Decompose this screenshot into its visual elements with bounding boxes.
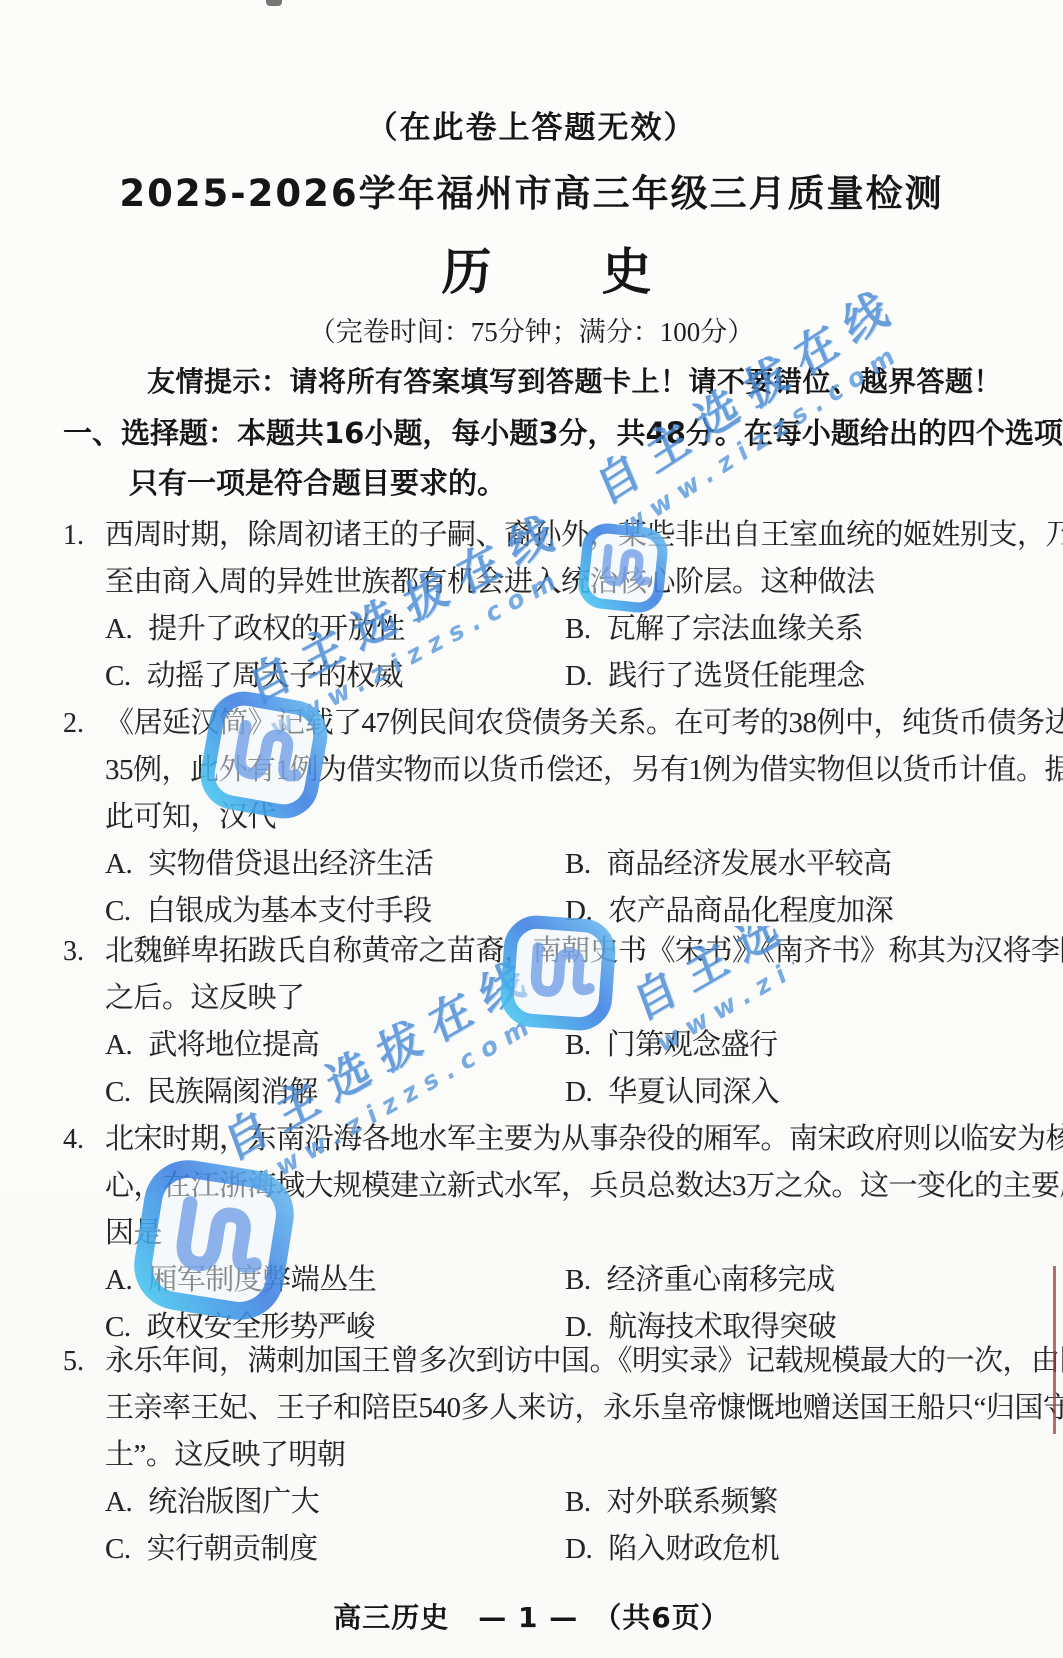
section-heading-line1: 一、选择题：本题共16小题，每小题3分，共48分。在每小题给出的四个选项中，	[63, 411, 1063, 452]
exam-paper-page: （在此卷上答题无效） 2025-2026学年福州市高三年级三月质量检测 历 史 …	[0, 0, 1063, 1658]
question-stem-line: 王亲率王妃、王子和陪臣540多人来访，永乐皇帝慷慨地赠送国王船只“归国守	[63, 1385, 1063, 1432]
options-row: C.动摇了周天子的权威 D.践行了选贤任能理念	[63, 653, 1063, 700]
option-D: D.践行了选贤任能理念	[565, 653, 865, 700]
option-A: A.提升了政权的开放性	[105, 606, 405, 653]
question-stem-line: 因是	[63, 1210, 1063, 1257]
options-row: A.厢军制度弊端丛生 B.经济重心南移完成	[63, 1257, 1063, 1304]
option-label: C.	[105, 1533, 131, 1565]
option-text: 门第观念盛行	[607, 1029, 778, 1061]
exam-title: 2025-2026学年福州市高三年级三月质量检测	[0, 163, 1063, 217]
scan-artifact-line	[1053, 1266, 1056, 1434]
question-stem-line: 至由商入周的异姓世族都有机会进入统治核心阶层。这种做法	[63, 559, 1063, 606]
scan-artifact-dot	[266, 0, 282, 6]
question-stem-line: 4. 北宋时期，东南沿海各地水军主要为从事杂役的厢军。南宋政府则以临安为核	[63, 1116, 1063, 1163]
stem-text: 北魏鲜卑拓跋氏自称黄帝之苗裔，南朝史书《宋书》《南齐书》称其为汉将李陵	[105, 935, 1063, 967]
stem-text: 《居延汉简》记载了47例民间农贷债务关系。在可考的38例中，纯货币债务达	[105, 707, 1063, 739]
stem-text: 此可知，汉代	[105, 801, 276, 833]
stem-text: 心，在江浙海域大规模建立新式水军，兵员总数达3万之众。这一变化的主要原	[105, 1170, 1063, 1202]
page-footer: 高三历史 — 1 — （共6页）	[0, 1596, 1063, 1636]
option-text: 践行了选贤任能理念	[608, 660, 865, 692]
option-label: B.	[565, 1029, 591, 1061]
option-text: 厢军制度弊端丛生	[148, 1264, 376, 1296]
options-row: A.武将地位提高 B.门第观念盛行	[63, 1022, 1063, 1069]
option-label: A.	[105, 1264, 132, 1296]
friendly-hint: 友情提示：请将所有答案填写到答题卡上！请不要错位、越界答题！	[147, 360, 1002, 400]
option-C: C.民族隔阂消解	[105, 1069, 318, 1116]
question-number: 1.	[63, 512, 84, 559]
section-heading-line2: 只有一项是符合题目要求的。	[129, 461, 506, 502]
option-label: B.	[565, 1486, 591, 1518]
question-number: 2.	[63, 700, 84, 747]
option-A: A.武将地位提高	[105, 1022, 319, 1069]
question-stem-line: 3. 北魏鲜卑拓跋氏自称黄帝之苗裔，南朝史书《宋书》《南齐书》称其为汉将李陵	[63, 928, 1063, 975]
options-row: C.实行朝贡制度 D.陷入财政危机	[63, 1526, 1063, 1573]
question-stem-line: 此可知，汉代	[63, 794, 1063, 841]
subject-title: 历 史	[0, 232, 1063, 304]
option-label: C.	[105, 1076, 131, 1108]
question-stem-line: 之后。这反映了	[63, 975, 1063, 1022]
option-text: 动摇了周天子的权威	[147, 660, 404, 692]
question-block-2: 2. 《居延汉简》记载了47例民间农贷债务关系。在可考的38例中，纯货币债务达 …	[63, 700, 1063, 935]
question-block-1: 1. 西周时期，除周初诸王的子嗣、裔孙外，某些非出自王室血统的姬姓别支，乃 至由…	[63, 512, 1063, 700]
question-stem-line: 心，在江浙海域大规模建立新式水军，兵员总数达3万之众。这一变化的主要原	[63, 1163, 1063, 1210]
stem-text: 西周时期，除周初诸王的子嗣、裔孙外，某些非出自王室血统的姬姓别支，乃	[105, 519, 1063, 551]
option-label: B.	[565, 848, 591, 880]
option-label: A.	[105, 1486, 132, 1518]
question-number: 4.	[63, 1116, 84, 1163]
option-text: 商品经济发展水平较高	[607, 848, 892, 880]
option-text: 瓦解了宗法血缘关系	[607, 613, 864, 645]
option-label: D.	[565, 1533, 592, 1565]
option-text: 华夏认同深入	[608, 1076, 779, 1108]
stem-text: 王亲率王妃、王子和陪臣540多人来访，永乐皇帝慷慨地赠送国王船只“归国守	[105, 1392, 1063, 1424]
option-label: C.	[105, 660, 131, 692]
question-number: 5.	[63, 1338, 84, 1385]
stem-text: 北宋时期，东南沿海各地水军主要为从事杂役的厢军。南宋政府则以临安为核	[105, 1123, 1063, 1155]
question-stem-line: 1. 西周时期，除周初诸王的子嗣、裔孙外，某些非出自王室血统的姬姓别支，乃	[63, 512, 1063, 559]
option-label: D.	[565, 660, 592, 692]
option-text: 陷入财政危机	[608, 1533, 779, 1565]
exam-meta: （完卷时间：75分钟；满分：100分）	[0, 310, 1063, 349]
option-D: D.华夏认同深入	[565, 1069, 779, 1116]
option-text: 农产品商品化程度加深	[608, 895, 893, 927]
question-block-3: 3. 北魏鲜卑拓跋氏自称黄帝之苗裔，南朝史书《宋书》《南齐书》称其为汉将李陵 之…	[63, 928, 1063, 1116]
option-B: B.瓦解了宗法血缘关系	[565, 606, 863, 653]
question-block-5: 5. 永乐年间，满刺加国王曾多次到访中国。《明实录》记载规模最大的一次，由国 王…	[63, 1338, 1063, 1573]
watermark-band: 自主选拔在线 www.zizzs.com	[580, 267, 929, 540]
option-label: A.	[105, 1029, 132, 1061]
option-text: 对外联系频繁	[607, 1486, 778, 1518]
option-C: C.动摇了周天子的权威	[105, 653, 403, 700]
option-B: B.商品经济发展水平较高	[565, 841, 892, 888]
answer-invalid-notice: （在此卷上答题无效）	[0, 102, 1063, 147]
question-stem-line: 土”。这反映了明朝	[63, 1432, 1063, 1479]
stem-text: 35例，此外有1例为借实物而以货币偿还，另有1例为借实物但以货币计值。据	[105, 754, 1063, 786]
option-label: A.	[105, 848, 132, 880]
stem-text: 因是	[105, 1217, 162, 1249]
question-number: 3.	[63, 928, 84, 975]
option-label: A.	[105, 613, 132, 645]
options-row: A.统治版图广大 B.对外联系频繁	[63, 1479, 1063, 1526]
option-D: D.陷入财政危机	[565, 1526, 779, 1573]
options-row: A.提升了政权的开放性 B.瓦解了宗法血缘关系	[63, 606, 1063, 653]
question-stem-line: 5. 永乐年间，满刺加国王曾多次到访中国。《明实录》记载规模最大的一次，由国	[63, 1338, 1063, 1385]
option-B: B.经济重心南移完成	[565, 1257, 835, 1304]
option-text: 白银成为基本支付手段	[147, 895, 432, 927]
option-A: A.统治版图广大	[105, 1479, 319, 1526]
option-B: B.对外联系频繁	[565, 1479, 778, 1526]
option-label: B.	[565, 1264, 591, 1296]
option-text: 实行朝贡制度	[147, 1533, 318, 1565]
option-label: D.	[565, 895, 592, 927]
stem-text: 至由商入周的异姓世族都有机会进入统治核心阶层。这种做法	[105, 566, 875, 598]
option-C: C.实行朝贡制度	[105, 1526, 318, 1573]
option-B: B.门第观念盛行	[565, 1022, 778, 1069]
option-text: 民族隔阂消解	[147, 1076, 318, 1108]
stem-text: 土”。这反映了明朝	[105, 1439, 345, 1471]
question-stem-line: 2. 《居延汉简》记载了47例民间农贷债务关系。在可考的38例中，纯货币债务达	[63, 700, 1063, 747]
options-row: C.民族隔阂消解 D.华夏认同深入	[63, 1069, 1063, 1116]
option-text: 提升了政权的开放性	[148, 613, 405, 645]
option-A: A.实物借贷退出经济生活	[105, 841, 433, 888]
option-text: 统治版图广大	[148, 1486, 319, 1518]
option-label: B.	[565, 613, 591, 645]
options-row: A.实物借贷退出经济生活 B.商品经济发展水平较高	[63, 841, 1063, 888]
stem-text: 之后。这反映了	[105, 982, 305, 1014]
option-text: 实物借贷退出经济生活	[148, 848, 433, 880]
option-label: C.	[105, 895, 131, 927]
option-A: A.厢军制度弊端丛生	[105, 1257, 376, 1304]
option-text: 武将地位提高	[148, 1029, 319, 1061]
question-stem-line: 35例，此外有1例为借实物而以货币偿还，另有1例为借实物但以货币计值。据	[63, 747, 1063, 794]
stem-text: 永乐年间，满刺加国王曾多次到访中国。《明实录》记载规模最大的一次，由国	[105, 1345, 1063, 1377]
option-text: 经济重心南移完成	[607, 1264, 835, 1296]
question-block-4: 4. 北宋时期，东南沿海各地水军主要为从事杂役的厢军。南宋政府则以临安为核 心，…	[63, 1116, 1063, 1351]
option-label: D.	[565, 1076, 592, 1108]
